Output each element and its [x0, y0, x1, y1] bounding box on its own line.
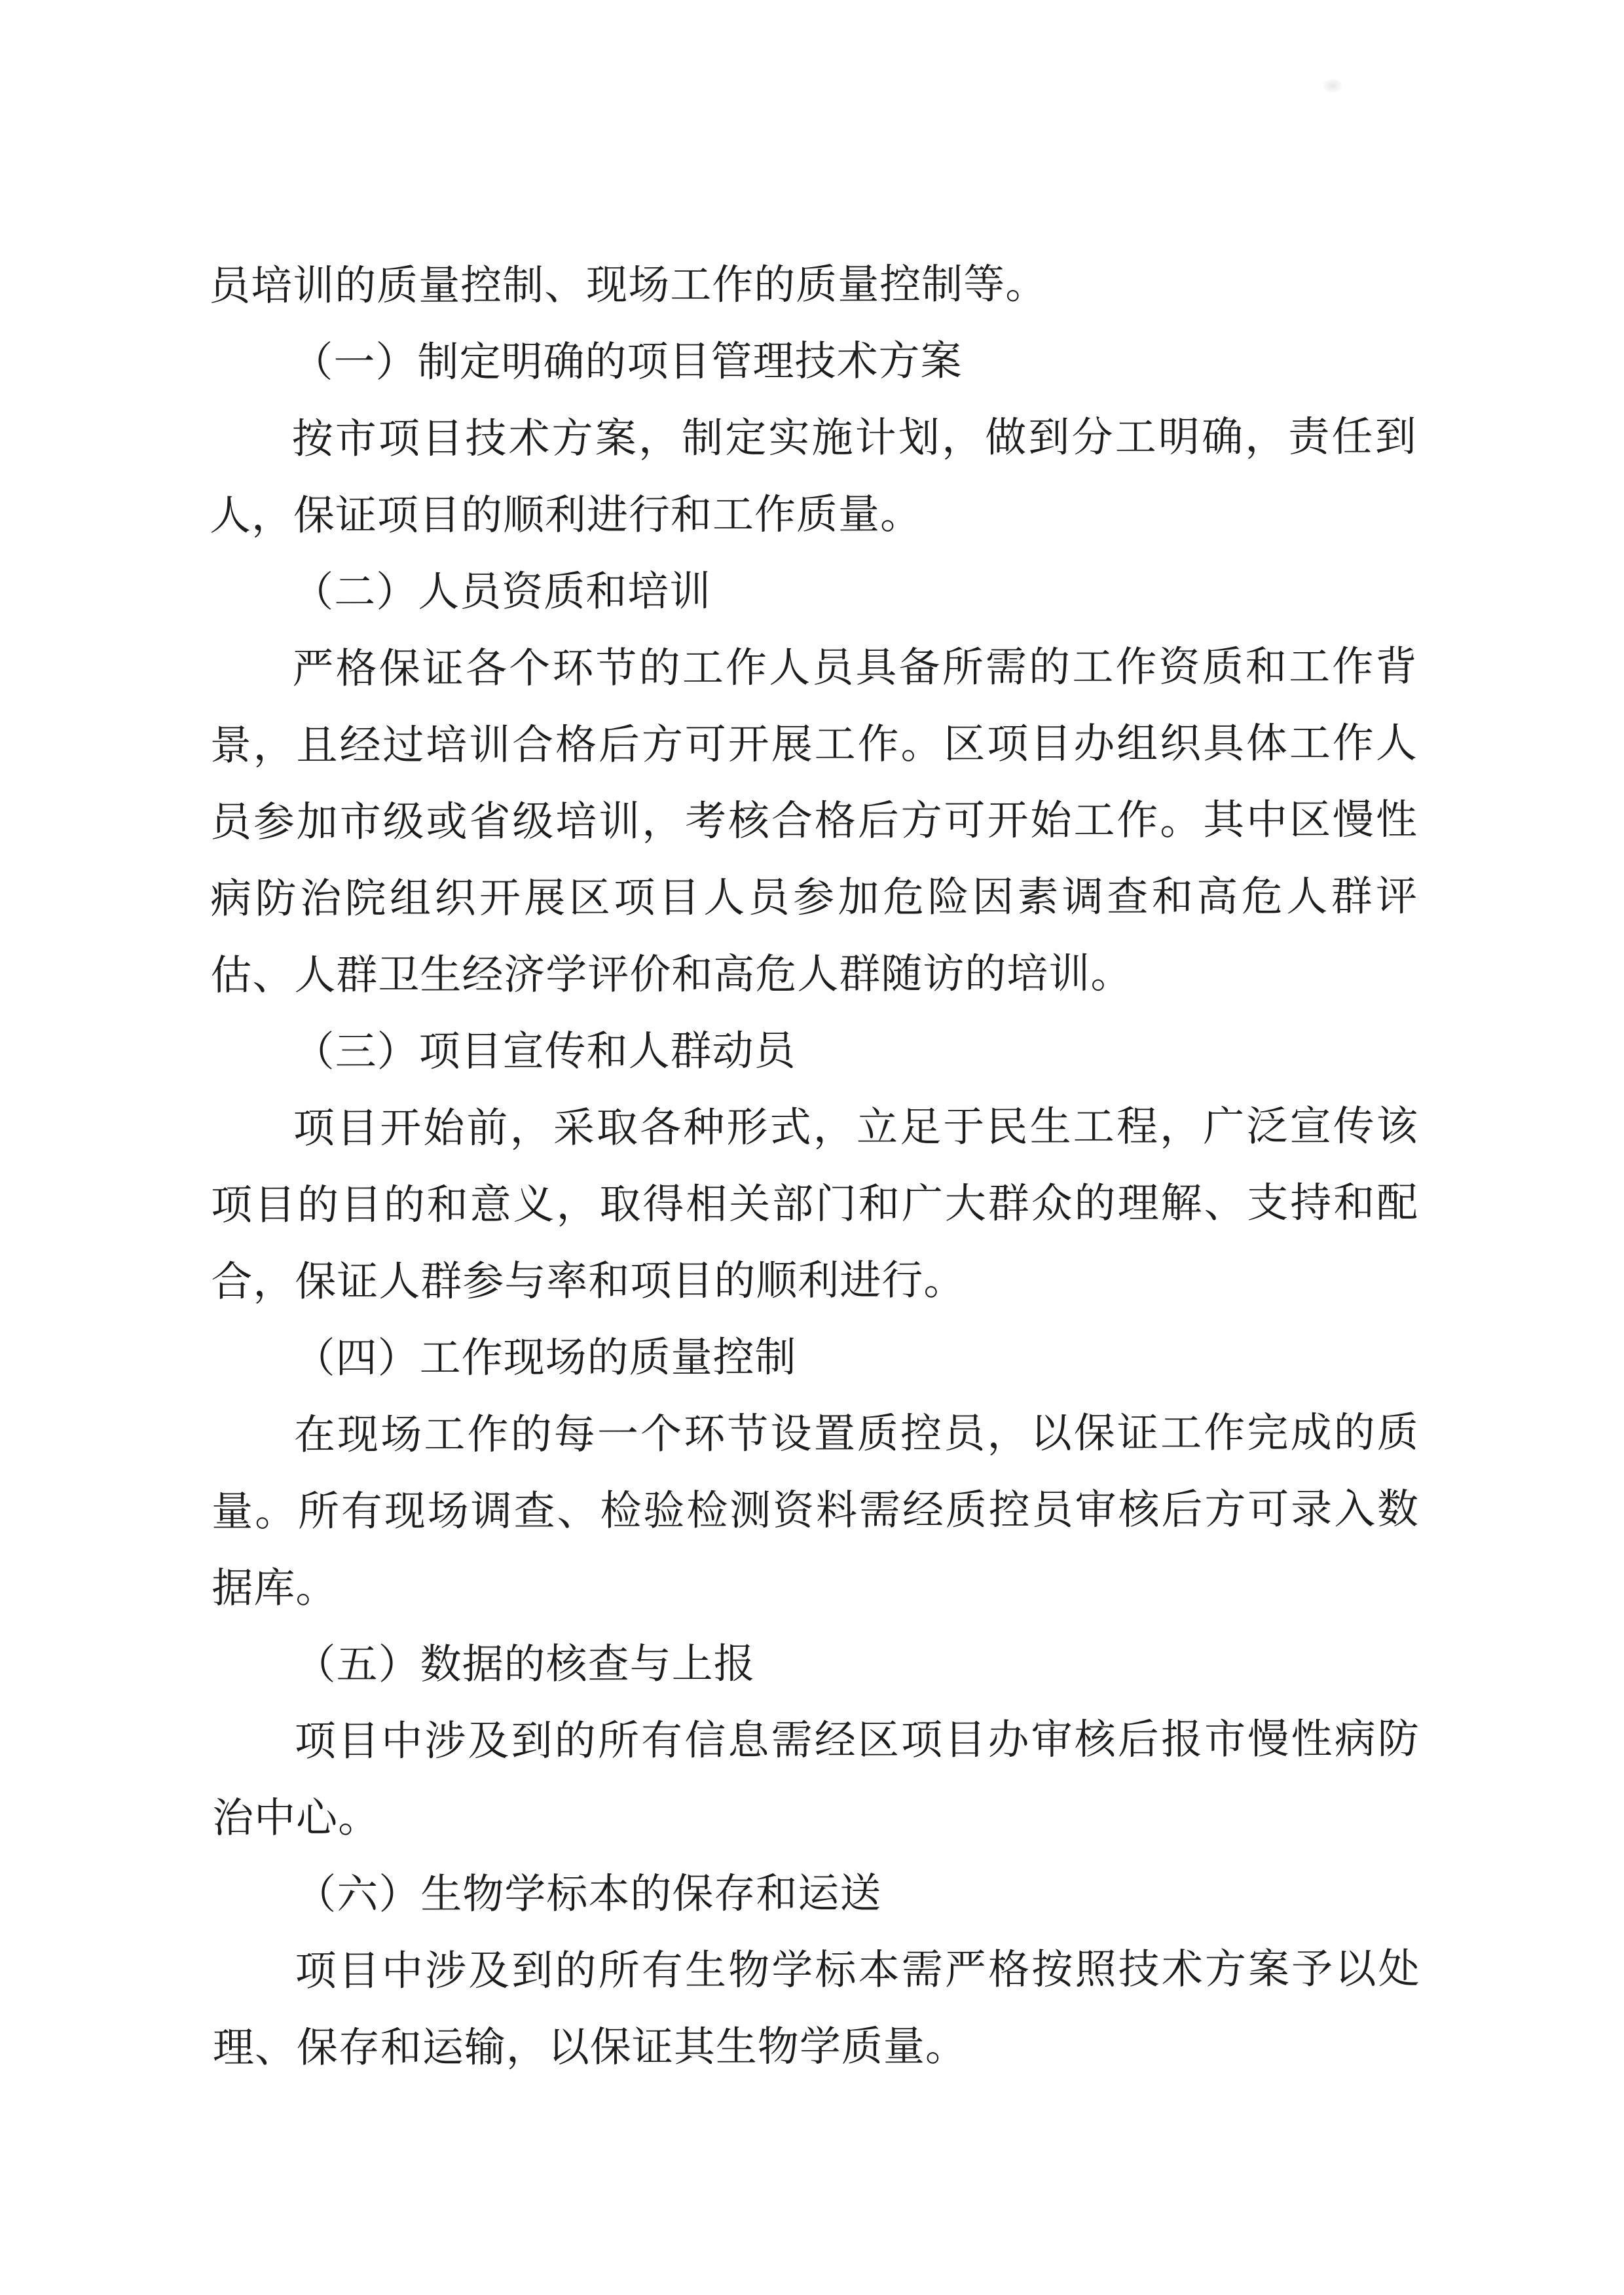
section-heading: （二）人员资质和培训 [210, 552, 1416, 631]
text-line: 项目开始前，采取各种形式，立足于民生工程，广泛宣传该 [211, 1088, 1418, 1167]
text-line: 人，保证项目的顺利进行和工作质量。 [210, 475, 1416, 555]
section-heading: （三）项目宣传和人群动员 [211, 1012, 1418, 1091]
text-line: 严格保证各个环节的工作人员具备所需的工作资质和工作背 [210, 629, 1416, 708]
section-heading: （五）数据的核查与上报 [212, 1625, 1418, 1704]
text-line: 合，保证人群参与率和项目的顺利进行。 [211, 1241, 1418, 1321]
text-line: 治中心。 [212, 1778, 1419, 1857]
section-heading: （四）工作现场的质量控制 [211, 1318, 1418, 1397]
section-heading: （一）制定明确的项目管理技术方案 [209, 322, 1416, 401]
text-line: 员参加市级或省级培训，考核合格后方可开始工作。其中区慢性 [210, 782, 1417, 861]
text-line: 理、保存和运输，以保证其生物学质量。 [213, 2008, 1420, 2087]
document-page: 员培训的质量控制、现场工作的质量控制等。（一）制定明确的项目管理技术方案按市项目… [0, 0, 1624, 2295]
text-line: 项目的目的和意义，取得相关部门和广大群众的理解、支持和配 [211, 1165, 1418, 1244]
section-heading: （六）生物学标本的保存和运送 [212, 1854, 1419, 1934]
text-line: 病防治院组织开展区项目人员参加危险因素调查和高危人群评 [210, 858, 1417, 938]
text-line: 项目中涉及到的所有生物学标本需严格按照技术方案予以处 [212, 1931, 1419, 2010]
text-block: 员培训的质量控制、现场工作的质量控制等。（一）制定明确的项目管理技术方案按市项目… [209, 246, 1420, 2087]
text-line: 量。所有现场调查、检验检测资料需经质控员审核后方可录入数 [212, 1471, 1418, 1551]
text-line: 员培训的质量控制、现场工作的质量控制等。 [209, 246, 1416, 325]
text-line: 在现场工作的每一个环节设置质控员，以保证工作完成的质 [212, 1395, 1418, 1474]
text-line: 估、人群卫生经济学评价和高危人群随访的培训。 [210, 935, 1417, 1014]
text-line: 据库。 [212, 1548, 1418, 1627]
text-line: 景，且经过培训合格后方可开展工作。区项目办组织具体工作人 [210, 705, 1417, 784]
scan-smudge [1323, 79, 1342, 93]
text-line: 项目中涉及到的所有信息需经区项目办审核后报市慢性病防 [212, 1701, 1419, 1780]
text-line: 按市项目技术方案，制定实施计划，做到分工明确，责任到 [210, 399, 1416, 478]
